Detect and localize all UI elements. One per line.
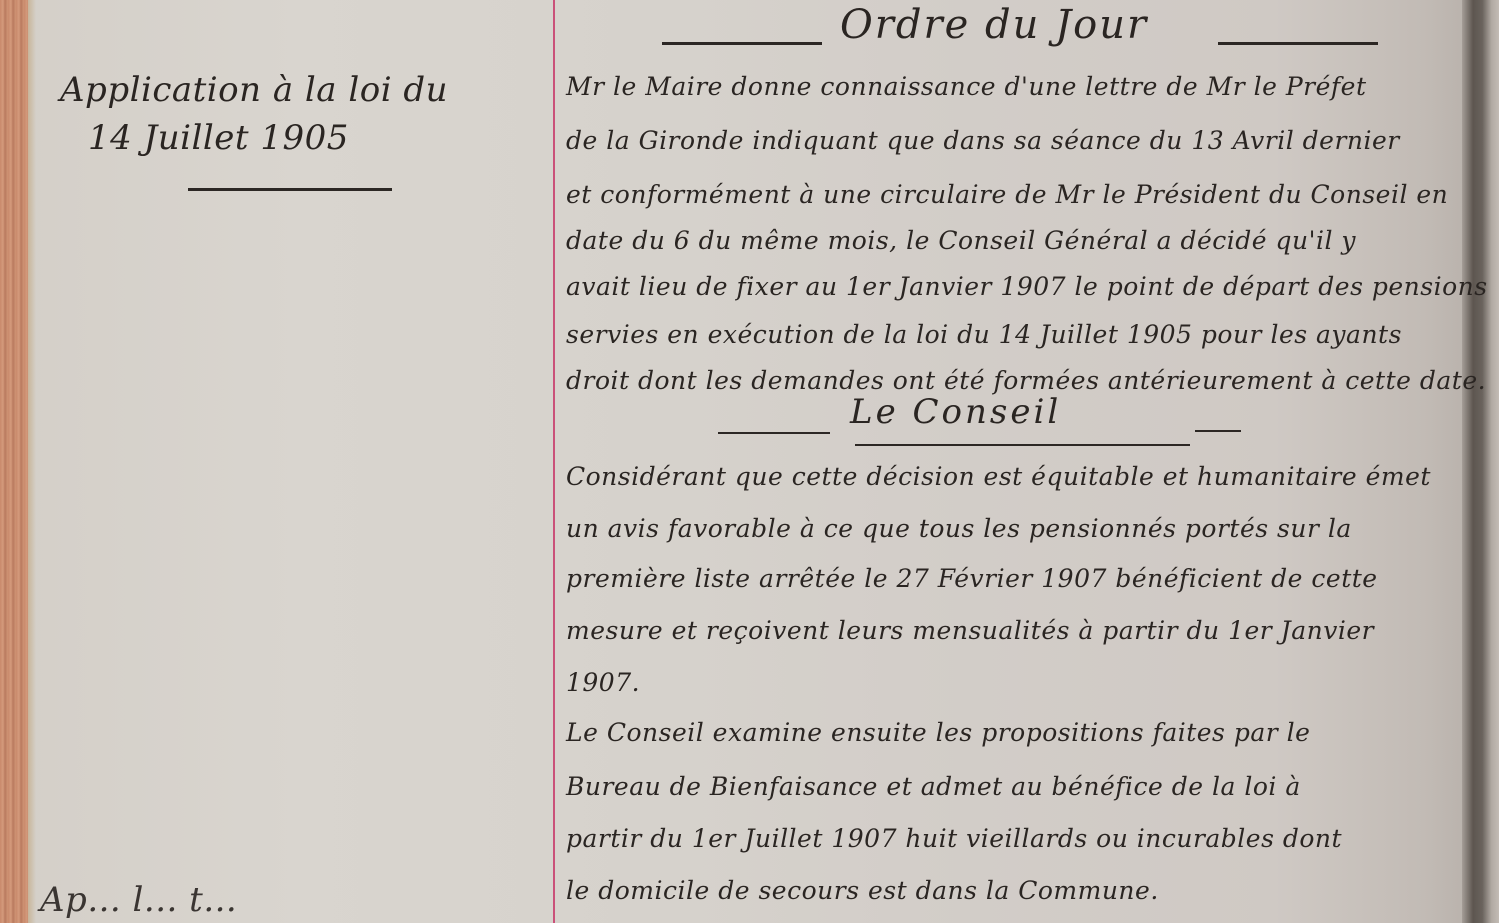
paragraph-2-line: mesure et reçoivent leurs mensualités à … <box>566 616 1374 645</box>
section-heading: Le Conseil <box>850 392 1061 432</box>
paragraph-1-line: droit dont les demandes ont été formées … <box>566 366 1486 395</box>
title-rule-left <box>662 42 822 45</box>
paragraph-3-line: partir du 1er Juillet 1907 huit vieillar… <box>566 824 1342 853</box>
paragraph-1-line: de la Gironde indiquant que dans sa séan… <box>566 126 1400 155</box>
paragraph-3-line: le domicile de secours est dans la Commu… <box>566 876 1159 905</box>
margin-note-line-2: 14 Juillet 1905 <box>88 118 349 158</box>
margin-note-bottom-fragment: Ap... l... t... <box>40 880 237 920</box>
paragraph-2-line: Considérant que cette décision est équit… <box>566 462 1431 491</box>
paragraph-1-line: date du 6 du même mois, le Conseil Génér… <box>566 226 1356 255</box>
paragraph-2-line: première liste arrêtée le 27 Février 190… <box>566 564 1378 593</box>
paragraph-2-line: 1907. <box>566 668 640 697</box>
heading-rule-left <box>718 432 830 434</box>
margin-note-line-1: Application à la loi du <box>60 70 448 110</box>
book-binding-edge <box>0 0 28 923</box>
paragraph-1-line: Mr le Maire donne connaissance d'une let… <box>566 72 1367 101</box>
margin-note-underline <box>188 188 392 191</box>
title-rule-right <box>1218 42 1378 45</box>
heading-underline <box>855 444 1190 446</box>
heading-rule-right <box>1195 430 1241 432</box>
paragraph-1-line: et conformément à une circulaire de Mr l… <box>566 180 1448 209</box>
paragraph-3-line: Le Conseil examine ensuite les propositi… <box>566 718 1310 747</box>
paragraph-1-line: servies en exécution de la loi du 14 Jui… <box>566 320 1402 349</box>
register-page: Application à la loi du 14 Juillet 1905 … <box>0 0 1499 923</box>
page-title: Ordre du Jour <box>840 2 1148 48</box>
paragraph-1-line: avait lieu de fixer au 1er Janvier 1907 … <box>566 272 1488 301</box>
paragraph-2-line: un avis favorable à ce que tous les pens… <box>566 514 1352 543</box>
book-gutter-shadow <box>1462 0 1499 923</box>
paragraph-3-line: Bureau de Bienfaisance et admet au bénéf… <box>566 772 1301 801</box>
red-margin-rule <box>553 0 555 923</box>
